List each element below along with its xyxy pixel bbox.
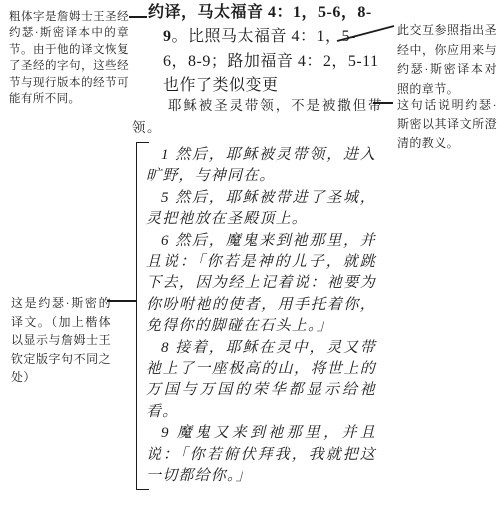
annotation-right-middle: 这句话说明约瑟·斯密以其译文所澄清的教义。 bbox=[397, 96, 497, 152]
connector-line-right-top bbox=[332, 22, 396, 44]
annotation-right-top: 此交互参照指出圣经中，你应用来与约瑟·斯密译本对照的章节。 bbox=[397, 21, 497, 99]
annotation-left-middle: 这是约瑟·斯密的译文。（加上楷体以显示与詹姆士王钦定版字句不同之处） bbox=[11, 294, 111, 387]
intro-sentence: 耶稣被圣灵带领，不是被撒但带领。 bbox=[132, 95, 383, 138]
verse-paragraph-6: 6 然后，魔鬼来到祂那里，并且说：「你若是神的儿子，就跳下去，因为经上记着说：祂… bbox=[146, 231, 376, 338]
verse-paragraph-1: 1 然后，耶稣被灵带领，进入旷野，与神同在。 bbox=[146, 145, 376, 188]
verse-paragraph-9: 9 魔鬼又来到祂那里，并且说：「你若俯伏拜我，我就把这一切都给你。」 bbox=[146, 423, 376, 487]
connector-line-right-middle bbox=[373, 102, 393, 104]
connector-line-left-middle bbox=[107, 300, 136, 302]
verse-paragraph-8: 8 接着，耶稣在灵中，灵又带祂上了一座极高的山，将世上的万国与万国的荣华都显示给… bbox=[146, 338, 376, 424]
page: 粗体字是詹姆士王圣经约瑟·斯密译本中的章节。由于他的译文恢复了圣经的字句，这些经… bbox=[0, 0, 500, 513]
connector-line-left-top bbox=[129, 16, 147, 18]
scripture-block: 1 然后，耶稣被灵带领，进入旷野，与神同在。 5 然后，耶稣被带进了圣城，灵把祂… bbox=[146, 145, 376, 488]
jst-heading: 约译，马太福音 4：1，5-6，8-9。比照马太福音 4：1，5-6，8-9；路… bbox=[148, 1, 379, 99]
verse-paragraph-5: 5 然后，耶稣被带进了圣城，灵把祂放在圣殿顶上。 bbox=[146, 188, 376, 231]
annotation-left-top: 粗体字是詹姆士王圣经约瑟·斯密译本中的章节。由于他的译文恢复了圣经的字句，这些经… bbox=[9, 9, 129, 107]
